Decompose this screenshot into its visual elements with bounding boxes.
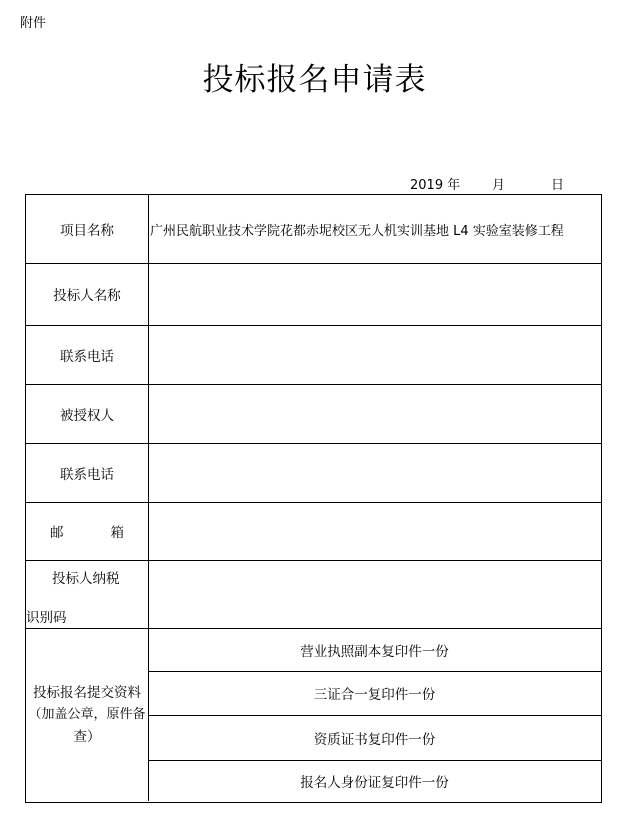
label-bidder-name: 投标人名称 (26, 263, 148, 325)
email-field[interactable] (148, 502, 601, 560)
date-day: 日 (551, 174, 564, 193)
materials-label-line2: （加盖公章，原件备 (28, 704, 145, 726)
attachment-label: 附件 (20, 12, 46, 31)
materials-label-line1: 投标报名提交资料 (33, 682, 141, 704)
label-contact-phone: 联系电话 (26, 325, 148, 384)
tax-id-field[interactable] (148, 560, 601, 628)
application-table: 项目名称 广州民航职业技术学院花都赤坭校区无人机实训基地 L4 实验室装修工程 … (25, 194, 602, 803)
label-email-part1: 邮 (50, 521, 64, 541)
material-item: 报名人身份证复印件一份 (148, 760, 601, 801)
label-tax-id: 投标人纳税 识别码 (26, 560, 148, 628)
authorized-phone-field[interactable] (148, 443, 601, 502)
label-authorized-person: 被授权人 (26, 384, 148, 443)
materials-label-line3: 查） (74, 726, 101, 748)
authorized-person-field[interactable] (148, 384, 601, 443)
material-item: 三证合一复印件一份 (148, 671, 601, 715)
label-tax-id-line2: 识别码 (26, 606, 67, 626)
label-tax-id-line1: 投标人纳税 (52, 567, 120, 587)
material-item: 资质证书复印件一份 (148, 715, 601, 760)
project-name-value[interactable]: 广州民航职业技术学院花都赤坭校区无人机实训基地 L4 实验室装修工程 (148, 195, 601, 263)
contact-phone-field[interactable] (148, 325, 601, 384)
label-email: 邮 箱 (26, 502, 148, 560)
label-submission-materials: 投标报名提交资料 （加盖公章，原件备 查） (26, 628, 148, 801)
form-title: 投标报名申请表 (0, 54, 629, 99)
date-month: 月 (492, 174, 505, 193)
label-authorized-phone: 联系电话 (26, 443, 148, 502)
label-email-part2: 箱 (111, 521, 125, 541)
material-item: 营业执照副本复印件一份 (148, 628, 601, 671)
bidder-name-field[interactable] (148, 263, 601, 325)
date-year: 2019 年 (410, 174, 460, 193)
label-project-name: 项目名称 (26, 195, 148, 263)
